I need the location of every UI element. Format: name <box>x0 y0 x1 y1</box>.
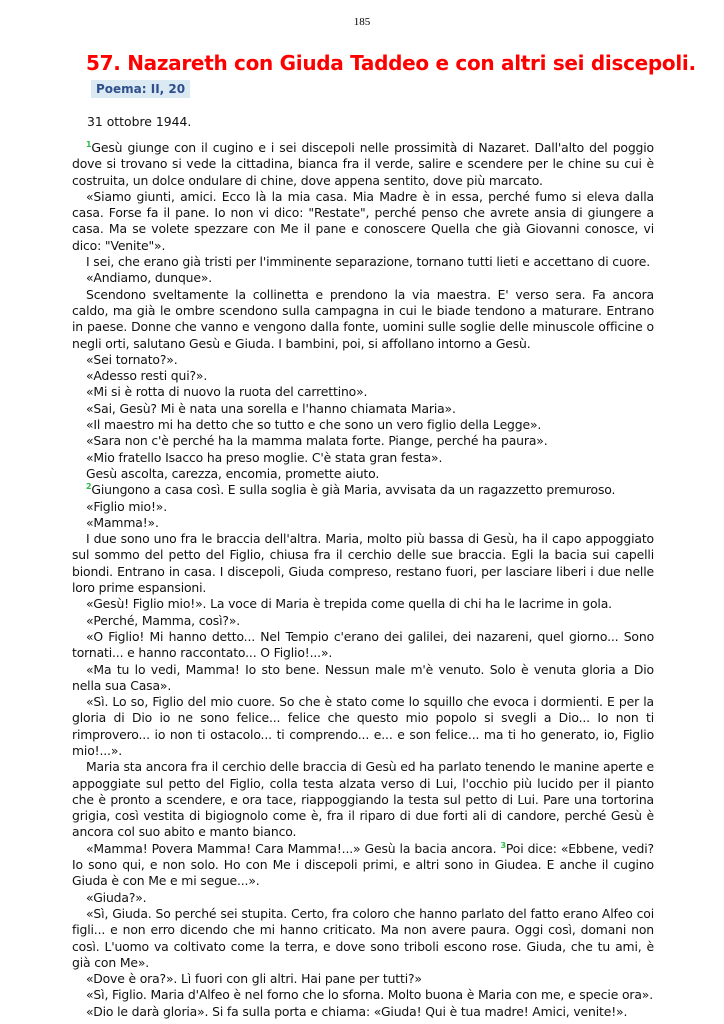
paragraph: Maria sta ancora fra il cerchio delle br… <box>72 759 654 840</box>
chapter-date: 31 ottobre 1944. <box>87 114 191 129</box>
paragraph: «Figlio mio!». <box>72 499 654 515</box>
paragraph: «Mamma! Povera Mamma! Cara Mamma!...» Ge… <box>72 841 654 890</box>
paragraph: «Ma tu lo vedi, Mamma! Io sto bene. Ness… <box>72 662 654 695</box>
paragraph: «Sei tornato?». <box>72 352 654 368</box>
paragraph: Gesù ascolta, carezza, encomia, promette… <box>72 466 654 482</box>
paragraph: «Dio le darà gloria». Si fa sulla porta … <box>72 1004 654 1020</box>
paragraph: «Sai, Gesù? Mi è nata una sorella e l'ha… <box>72 401 654 417</box>
paragraph: «O Figlio! Mi hanno detto... Nel Tempio … <box>72 629 654 662</box>
paragraph: «Sì. Lo so, Figlio del mio cuore. So che… <box>72 694 654 759</box>
body-text: 1Gesù giunge con il cugino e i sei disce… <box>72 140 654 1020</box>
paragraph: «Sara non c'è perché ha la mamma malata … <box>72 433 654 449</box>
paragraph: «Mamma!». <box>72 515 654 531</box>
paragraph: «Mi si è rotta di nuovo la ruota del car… <box>72 384 654 400</box>
paragraph: I sei, che erano già tristi per l'immine… <box>72 254 654 270</box>
paragraph: «Sì, Giuda. So perché sei stupita. Certo… <box>72 906 654 971</box>
paragraph: «Sì, Figlio. Maria d'Alfeo è nel forno c… <box>72 987 654 1003</box>
page-number: 185 <box>0 16 724 28</box>
paragraph: Scendono sveltamente la collinetta e pre… <box>72 287 654 352</box>
paragraph: 2Giungono a casa così. E sulla soglia è … <box>72 482 654 498</box>
chapter-title: 57. Nazareth con Giuda Taddeo e con altr… <box>86 51 696 75</box>
paragraph: «Gesù! Figlio mio!». La voce di Maria è … <box>72 596 654 612</box>
paragraph: «Il maestro mi ha detto che so tutto e c… <box>72 417 654 433</box>
paragraph: «Perché, Mamma, così?». <box>72 613 654 629</box>
reference-badge: Poema: II, 20 <box>91 80 190 98</box>
paragraph: I due sono uno fra le braccia dell'altra… <box>72 531 654 596</box>
paragraph: «Siamo giunti, amici. Ecco là la mia cas… <box>72 189 654 254</box>
paragraph: 1Gesù giunge con il cugino e i sei disce… <box>72 140 654 189</box>
paragraph: «Adesso resti qui?». <box>72 368 654 384</box>
paragraph: «Mio fratello Isacco ha preso moglie. C'… <box>72 450 654 466</box>
paragraph: «Andiamo, dunque». <box>72 270 654 286</box>
paragraph: «Dove è ora?». Lì fuori con gli altri. H… <box>72 971 654 987</box>
paragraph: «Giuda?». <box>72 890 654 906</box>
